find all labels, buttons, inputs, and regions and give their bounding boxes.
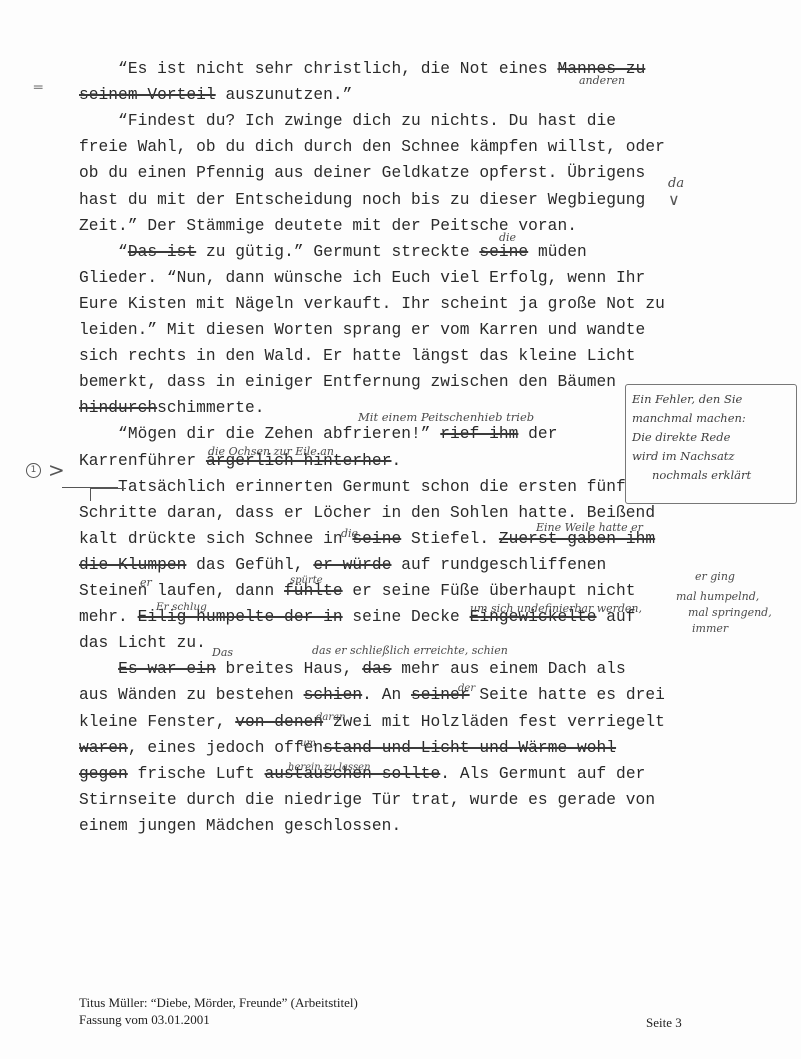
- struck-text: die Klumpen: [79, 556, 186, 574]
- text-segment: “: [79, 243, 128, 261]
- text-segment: Karrenführer: [79, 452, 206, 470]
- annotation-mal-humpelnd: mal humpelnd,: [676, 590, 759, 603]
- text-line: leiden.” Mit diesen Worten sprang er vom…: [79, 321, 645, 339]
- struck-text: Es war ein: [118, 660, 216, 678]
- text-line: “Mögen dir die Zehen abfrieren!” rief ih…: [79, 425, 557, 443]
- annotation-er: er: [140, 576, 152, 589]
- text-line: waren, eines jedoch offenstand und Licht…: [79, 739, 616, 757]
- annotation-er-schlug: Er schlug: [156, 601, 207, 613]
- text-line: das Licht zu.: [79, 634, 206, 652]
- text-segment: das Licht zu.: [79, 634, 206, 652]
- annotation-der: der: [458, 683, 475, 694]
- text-segment: [79, 660, 118, 678]
- annotation-anderen: anderen: [579, 74, 625, 87]
- text-segment: Tatsächlich erinnerten Germunt schon die…: [79, 478, 626, 496]
- struck-text: seinem Vorteil: [79, 86, 216, 104]
- text-segment: auszunutzen.”: [216, 86, 353, 104]
- text-line: freie Wahl, ob du dich durch den Schnee …: [79, 138, 665, 156]
- struck-text: schien: [304, 686, 363, 704]
- text-segment: auf rundgeschliffenen: [391, 556, 606, 574]
- text-segment: zwei mit Holzläden fest verriegelt: [323, 713, 665, 731]
- text-line: sich rechts in den Wald. Er hatte längst…: [79, 347, 636, 365]
- text-segment: Seite hatte es drei: [470, 686, 665, 704]
- text-line: die Klumpen das Gefühl, er würde auf run…: [79, 556, 606, 574]
- margin-note-line: wird im Nachsatz: [632, 449, 734, 463]
- text-line: Steinen laufen, dann fühlte er seine Füß…: [79, 582, 636, 600]
- annotation-die-2: die: [341, 527, 358, 540]
- text-line: Glieder. “Nun, dann wünsche ich Euch vie…: [79, 269, 645, 287]
- text-segment: der: [518, 425, 557, 443]
- text-line: bemerkt, dass in einiger Entfernung zwis…: [79, 373, 616, 391]
- struck-text: rief ihm: [440, 425, 518, 443]
- annotation-peitschenhieb: Mit einem Peitschenhieb trieb: [358, 410, 534, 424]
- annotation-er-ging: er ging: [695, 570, 735, 583]
- margin-note-line: manchmal machen:: [632, 411, 746, 425]
- text-segment: zu gütig.” Germunt streckte: [196, 243, 479, 261]
- margin-note-line: Die direkte Rede: [632, 430, 730, 444]
- margin-note-line: nochmals erklärt: [652, 468, 751, 482]
- text-segment: Glieder. “Nun, dann wünsche ich Euch vie…: [79, 269, 645, 287]
- annotation-daran: daran: [316, 712, 346, 723]
- annotation-da: da: [668, 176, 684, 191]
- arrow-mark-icon: >: [48, 458, 65, 482]
- text-line: “Es ist nicht sehr christlich, die Not e…: [79, 60, 645, 78]
- text-line: hindurchschimmerte.: [79, 399, 265, 417]
- margin-tick-icon: ═: [34, 80, 42, 96]
- text-line: Stirnseite durch die niedrige Tür trat, …: [79, 791, 655, 809]
- footer-version: Fassung vom 03.01.2001: [79, 1012, 210, 1028]
- struck-text: seine: [352, 530, 401, 548]
- annotation-um: um: [300, 738, 316, 749]
- text-line: Eure Kisten mit Nägeln verkauft. Ihr sch…: [79, 295, 665, 313]
- text-line: Es war ein breites Haus, das mehr aus ei…: [79, 660, 626, 678]
- text-segment: einem jungen Mädchen geschlossen.: [79, 817, 401, 835]
- text-line: kleine Fenster, von denen zwei mit Holzl…: [79, 713, 665, 731]
- margin-note-line: Ein Fehler, den Sie: [632, 392, 742, 406]
- text-segment: . Als Germunt auf der: [440, 765, 645, 783]
- text-segment: das Gefühl,: [186, 556, 313, 574]
- struck-text: er würde: [313, 556, 391, 574]
- text-segment: mehr.: [79, 608, 138, 626]
- manuscript-page: “Es ist nicht sehr christlich, die Not e…: [0, 0, 801, 1059]
- text-segment: breites Haus,: [216, 660, 362, 678]
- text-line: Schritte daran, dass er Löcher in den So…: [79, 504, 655, 522]
- struck-text: stand und Licht und Wärme wohl: [323, 739, 616, 757]
- annotation-ochsen: die Ochsen zur Eile an: [208, 445, 334, 458]
- text-segment: Schritte daran, dass er Löcher in den So…: [79, 504, 655, 522]
- text-segment: “Mögen dir die Zehen abfrieren!”: [79, 425, 440, 443]
- text-segment: seine Decke: [343, 608, 470, 626]
- text-line: hast du mit der Entscheidung noch bis zu…: [79, 191, 645, 209]
- text-segment: freie Wahl, ob du dich durch den Schnee …: [79, 138, 665, 156]
- struck-text: von denen: [235, 713, 323, 731]
- text-segment: Stiefel.: [401, 530, 499, 548]
- text-line: “Findest du? Ich zwinge dich zu nichts. …: [79, 112, 616, 130]
- annotation-eine-weile: Eine Weile hatte er: [536, 521, 643, 534]
- struck-text: seine: [479, 243, 528, 261]
- footer-title: Titus Müller: “Diebe, Mörder, Freunde” (…: [79, 995, 358, 1011]
- text-segment: leiden.” Mit diesen Worten sprang er vom…: [79, 321, 645, 339]
- text-line: aus Wänden zu bestehen schien. An seiner…: [79, 686, 665, 704]
- text-segment: aus Wänden zu bestehen: [79, 686, 304, 704]
- text-segment: bemerkt, dass in einiger Entfernung zwis…: [79, 373, 616, 391]
- text-segment: hast du mit der Entscheidung noch bis zu…: [79, 191, 645, 209]
- annotation-spuerte: spürte: [290, 575, 323, 586]
- struck-text: das: [362, 660, 391, 678]
- text-segment: frische Luft: [128, 765, 265, 783]
- text-segment: Steinen laufen, dann: [79, 582, 284, 600]
- circled-number-icon: 1: [26, 463, 41, 478]
- text-segment: , eines jedoch offen: [128, 739, 323, 757]
- annotation-um-sich: um sich undefinierbar werden,: [470, 602, 642, 615]
- page-number: Seite 3: [646, 1015, 682, 1031]
- text-segment: “Findest du? Ich zwinge dich zu nichts. …: [79, 112, 616, 130]
- text-segment: schimmerte.: [157, 399, 264, 417]
- struck-text: waren: [79, 739, 128, 757]
- insertion-mark-icon: ∨: [668, 190, 680, 209]
- paragraph-start-mark: [90, 488, 126, 501]
- text-segment: ob du einen Pfennig aus deiner Geldkatze…: [79, 164, 645, 182]
- text-segment: müden: [528, 243, 587, 261]
- text-segment: . An: [362, 686, 411, 704]
- text-line: einem jungen Mädchen geschlossen.: [79, 817, 401, 835]
- text-segment: kalt drückte sich Schnee in: [79, 530, 352, 548]
- text-line: “Das ist zu gütig.” Germunt streckte sei…: [79, 243, 587, 261]
- text-segment: “Es ist nicht sehr christlich, die Not e…: [79, 60, 557, 78]
- annotation-die-1: die: [499, 231, 516, 244]
- struck-text: gegen: [79, 765, 128, 783]
- text-line: Tatsächlich erinnerten Germunt schon die…: [79, 478, 626, 496]
- text-segment: kleine Fenster,: [79, 713, 235, 731]
- text-line: ob du einen Pfennig aus deiner Geldkatze…: [79, 164, 645, 182]
- text-segment: sich rechts in den Wald. Er hatte längst…: [79, 347, 636, 365]
- annotation-mal-springend: mal springend,: [688, 606, 772, 619]
- annotation-immer: immer: [692, 622, 728, 635]
- struck-text: Das ist: [128, 243, 196, 261]
- annotation-hereinzulassen: herein zu lassen: [288, 762, 371, 773]
- text-line: seinem Vorteil auszunutzen.”: [79, 86, 352, 104]
- annotation-das-er: das er schließlich erreichte, schien: [312, 644, 508, 657]
- text-segment: Eure Kisten mit Nägeln verkauft. Ihr sch…: [79, 295, 665, 313]
- struck-text: hindurch: [79, 399, 157, 417]
- text-segment: .: [391, 452, 401, 470]
- annotation-das-cap: Das: [212, 646, 233, 659]
- text-segment: mehr aus einem Dach als: [391, 660, 625, 678]
- text-segment: Stirnseite durch die niedrige Tür trat, …: [79, 791, 655, 809]
- text-segment: er seine Füße überhaupt nicht: [343, 582, 636, 600]
